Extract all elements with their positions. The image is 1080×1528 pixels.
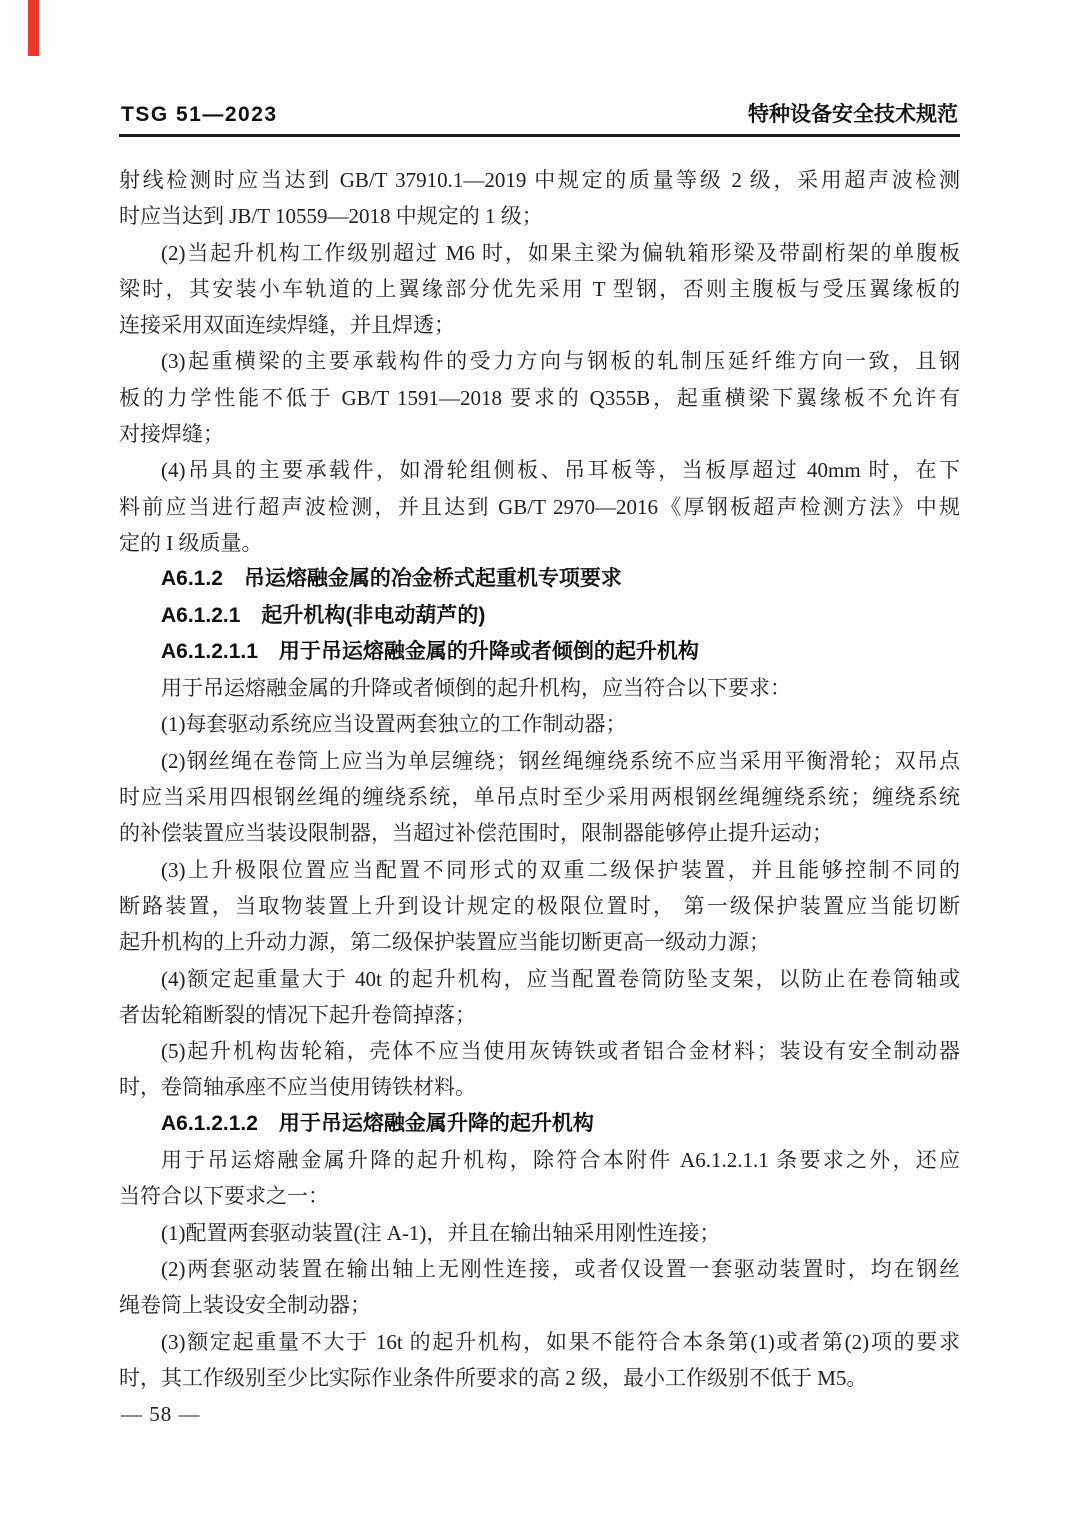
text-line: (3)上升极限位置应当配置不同形式的双重二级保护装置，并且能够控制不同的 [119,852,960,888]
header-title: 特种设备安全技术规范 [748,101,958,129]
text-line: (5)起升机构齿轮箱，壳体不应当使用灰铸铁或者铝合金材料；装设有安全制动器 [119,1033,960,1069]
text-line: 起升机构的上升动力源，第二级保护装置应当能切断更高一级动力源； [119,924,960,960]
document-lines: 射线检测时应当达到 GB/T 37910.1—2019 中规定的质量等级 2 级… [119,162,960,1396]
text-line: (4)额定起重量大于 40t 的起升机构，应当配置卷筒防坠支架，以防止在卷筒轴或 [119,961,960,997]
text-line: (1)每套驱动系统应当设置两套独立的工作制动器； [119,706,960,742]
document-page: TSG 51—2023 特种设备安全技术规范 射线检测时应当达到 GB/T 37… [0,0,1080,1528]
text-line: (2)钢丝绳在卷筒上应当为单层缠绕；钢丝绳缠绕系统不应当采用平衡滑轮；双吊点 [119,743,960,779]
text-line: 的补偿装置应当装设限制器，当超过补偿范围时，限制器能够停止提升运动； [119,815,960,851]
text-line: 断路装置，当取物装置上升到设计规定的极限位置时， 第一级保护装置应当能切断 [119,888,960,924]
text-line: 用于吊运熔融金属升降的起升机构，除符合本附件 A6.1.2.1.1 条要求之外，… [119,1142,960,1178]
text-line: (3)起重横梁的主要承载构件的受力方向与钢板的轧制压延纤维方向一致，且钢 [119,343,960,379]
text-line: 用于吊运熔融金属的升降或者倾倒的起升机构，应当符合以下要求： [119,670,960,706]
text-line: 梁时，其安装小车轨道的上翼缘部分优先采用 T 型钢，否则主腹板与受压翼缘板的 [119,271,960,307]
text-line: (2)两套驱动装置在输出轴上无刚性连接，或者仅设置一套驱动装置时，均在钢丝 [119,1251,960,1287]
text-line: 绳卷筒上装设安全制动器； [119,1287,960,1323]
text-line: 者齿轮箱断裂的情况下起升卷筒掉落； [119,997,960,1033]
text-line: 射线检测时应当达到 GB/T 37910.1—2019 中规定的质量等级 2 级… [119,162,960,198]
text-line: 时应当采用四根钢丝绳的缠绕系统，单吊点时至少采用两根钢丝绳缠绕系统；缠绕系统 [119,779,960,815]
text-line: 时，其工作级别至少比实际作业条件所要求的高 2 级，最小工作级别不低于 M5。 [119,1360,960,1396]
text-line: (1)配置两套驱动装置(注 A-1)，并且在输出轴采用刚性连接； [119,1215,960,1251]
text-line: 料前应当进行超声波检测，并且达到 GB/T 2970—2016《厚钢板超声检测方… [119,489,960,525]
page-number: — 58 — [121,1396,201,1432]
header-doc-code: TSG 51—2023 [121,101,278,129]
text-line: 当符合以下要求之一： [119,1178,960,1214]
text-line: 时，卷筒轴承座不应当使用铸铁材料。 [119,1069,960,1105]
heading-line: A6.1.2.1.2 用于吊运熔融金属升降的起升机构 [119,1106,960,1142]
text-line: 板的力学性能不低于 GB/T 1591—2018 要求的 Q355B，起重横梁下… [119,380,960,416]
text-line: (3)额定起重量不大于 16t 的起升机构，如果不能符合本条第(1)或者第(2)… [119,1324,960,1360]
heading-line: A6.1.2.1.1 用于吊运熔融金属的升降或者倾倒的起升机构 [119,634,960,670]
heading-line: A6.1.2 吊运熔融金属的冶金桥式起重机专项要求 [119,561,960,597]
text-line: 定的 I 级质量。 [119,525,960,561]
scan-red-marker [28,0,39,56]
text-line: (4)吊具的主要承载件，如滑轮组侧板、吊耳板等，当板厚超过 40mm 时，在下 [119,452,960,488]
text-line: 时应当达到 JB/T 10559—2018 中规定的 1 级； [119,198,960,234]
text-line: 连接采用双面连续焊缝，并且焊透； [119,307,960,343]
text-line: 对接焊缝； [119,416,960,452]
header-rule [119,134,960,137]
text-line: (2)当起升机构工作级别超过 M6 时，如果主梁为偏轨箱形梁及带副桁架的单腹板 [119,235,960,271]
heading-line: A6.1.2.1 起升机构(非电动葫芦的) [119,598,960,634]
